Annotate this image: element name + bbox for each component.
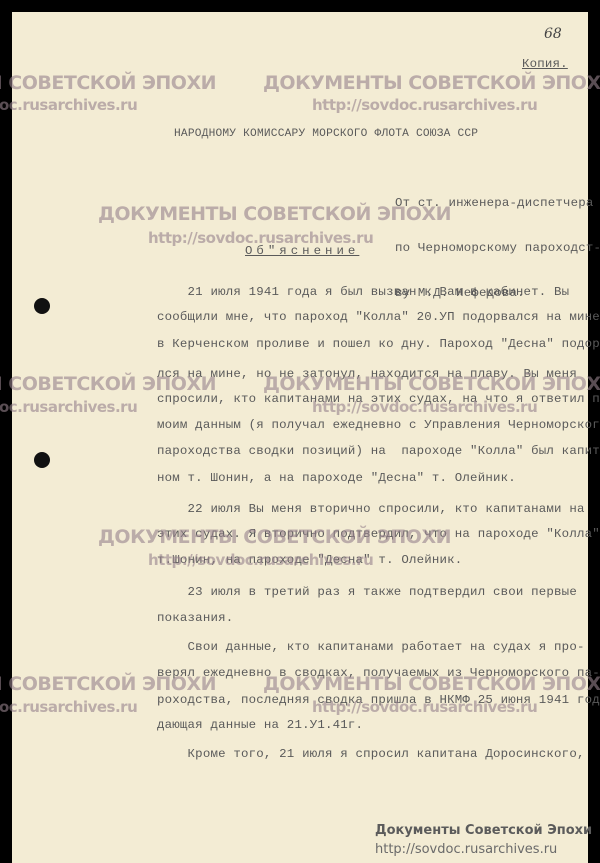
watermark-title: ДОКУМЕНТЫ СОВЕТСКОЙ ЭПОХИ <box>0 72 216 94</box>
body-line: сообщили мне, что пароход "Колла" 20.УП … <box>157 307 600 327</box>
body-line: Свои данные, кто капитанами работает на … <box>157 637 585 657</box>
watermark-title: ДОКУМЕНТЫ СОВЕТСКОЙ ЭПОХИ <box>0 673 216 695</box>
body-line: 23 июля в третий раз я также подтвердил … <box>157 582 577 602</box>
body-line: моим данным (я получал ежедневно с Управ… <box>157 415 600 435</box>
page-number: 68 <box>544 26 562 42</box>
watermark-url: http://sovdoc.rusarchives.ru <box>312 398 537 416</box>
punch-hole <box>34 298 50 314</box>
watermark-title: ДОКУМЕНТЫ СОВЕТСКОЙ ЭПОХИ <box>263 72 600 94</box>
watermark-title: ДОКУМЕНТЫ СОВЕТСКОЙ ЭПОХИ <box>98 203 451 225</box>
watermark-url: http://sovdoc.rusarchives.ru <box>0 398 137 416</box>
footer-watermark-title: Документы Советской Эпохи <box>375 823 592 838</box>
watermark-title: ДОКУМЕНТЫ СОВЕТСКОЙ ЭПОХИ <box>98 526 451 548</box>
watermark-url: http://sovdoc.rusarchives.ru <box>312 698 537 716</box>
watermark-url: http://sovdoc.rusarchives.ru <box>0 96 137 114</box>
watermark-url: http://sovdoc.rusarchives.ru <box>148 551 373 569</box>
watermark-url: http://sovdoc.rusarchives.ru <box>0 698 137 716</box>
punch-hole <box>34 452 50 468</box>
watermark-url: http://sovdoc.rusarchives.ru <box>312 96 537 114</box>
footer-watermark-url: http://sovdoc.rusarchives.ru <box>375 842 557 857</box>
body-line: 22 июля Вы меня вторично спросили, кто к… <box>157 499 585 519</box>
sender-line: по Черноморскому пароходст- <box>395 241 600 256</box>
body-line: показания. <box>157 608 233 628</box>
body-line: дающая данные на 21.У1.41г. <box>157 715 363 735</box>
addressee: НАРОДНОМУ КОМИССАРУ МОРСКОГО ФЛОТА СОЮЗА… <box>174 128 478 140</box>
body-line: 21 июля 1941 года я был вызван к Вам в к… <box>157 282 569 302</box>
body-line: пароходства сводки позиций) на пароходе … <box>157 441 600 461</box>
body-line: в Керченском проливе и пошел ко дну. Пар… <box>157 334 600 354</box>
copy-label: Копия. <box>522 57 568 71</box>
watermark-url: http://sovdoc.rusarchives.ru <box>148 229 373 247</box>
body-line: ном т. Шонин, а на пароходе "Десна" т. О… <box>157 468 516 488</box>
watermark-title: ДОКУМЕНТЫ СОВЕТСКОЙ ЭПОХИ <box>0 373 216 395</box>
watermark-title: ДОКУМЕНТЫ СОВЕТСКОЙ ЭПОХИ <box>263 673 600 695</box>
watermark-title: ДОКУМЕНТЫ СОВЕТСКОЙ ЭПОХИ <box>263 373 600 395</box>
body-line: Кроме того, 21 июля я спросил капитана Д… <box>157 744 585 764</box>
